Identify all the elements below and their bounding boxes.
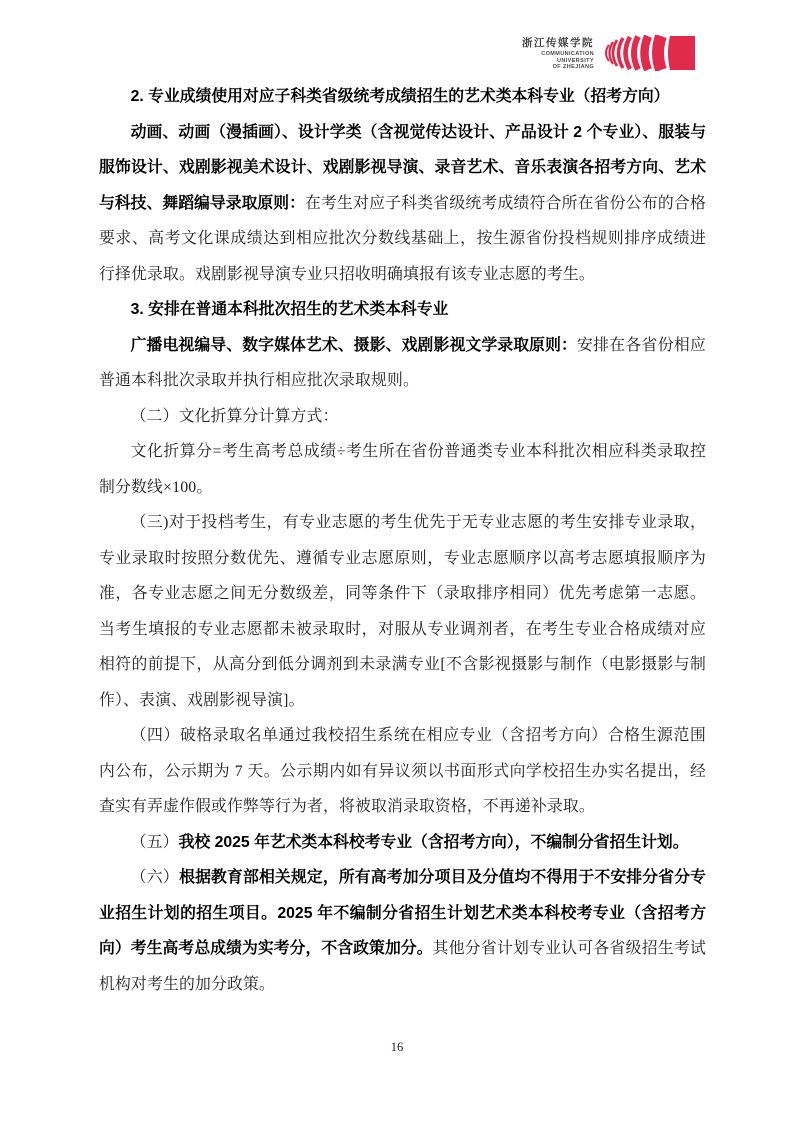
logo-en-line: COMMUNICATION — [541, 51, 594, 58]
text-segment: 2. 专业成绩使用对应子科类省级统考成绩招生的艺术类本科专业（招考方向） — [131, 88, 670, 105]
text-segment: （二）文化折算分计算方式： — [131, 408, 339, 425]
paragraph: （六）根据教育部相关规定，所有高考加分项目及分值均不得用于不安排分省分专业招生计… — [99, 860, 706, 1002]
paragraph: （五）我校 2025 年艺术类本科校考专业（含招考方向），不编制分省招生计划。 — [99, 825, 706, 861]
text-segment: 广播电视编导、数字媒体艺术、摄影、戏剧影视文学录取原则： — [131, 337, 577, 354]
text-segment: （五） — [131, 834, 179, 851]
page-number: 16 — [391, 1040, 404, 1054]
logo-text-block: 浙江传媒学院 COMMUNICATIONUNIVERSITYOF ZHEJIAN… — [522, 35, 594, 71]
university-logo: 浙江传媒学院 COMMUNICATIONUNIVERSITYOF ZHEJIAN… — [522, 35, 695, 71]
paragraph: 广播电视编导、数字媒体艺术、摄影、戏剧影视文学录取原则：安排在各省份相应普通本科… — [99, 328, 706, 399]
logo-cn-name: 浙江传媒学院 — [522, 35, 594, 50]
paragraph: 动画、动画（漫插画）、设计学类（含视觉传达设计、产品设计 2 个专业）、服装与服… — [99, 115, 706, 293]
text-segment: （六） — [131, 869, 180, 886]
text-segment: 文化折算分=考生高考总成绩÷考生所在省份普通类专业本科批次相应科类录取控制分数线… — [99, 443, 706, 496]
logo-en-name: COMMUNICATIONUNIVERSITYOF ZHEJIANG — [541, 51, 594, 71]
paragraph: 3. 安排在普通本科批次招生的艺术类本科专业 — [99, 292, 706, 328]
document-body: 2. 专业成绩使用对应子科类省级统考成绩招生的艺术类本科专业（招考方向）动画、动… — [99, 79, 706, 1002]
logo-en-line: OF ZHEJIANG — [541, 64, 594, 71]
paragraph: 2. 专业成绩使用对应子科类省级统考成绩招生的艺术类本科专业（招考方向） — [99, 79, 706, 115]
paragraph: （四）破格录取名单通过我校招生系统在相应专业（含招考方向）合格生源范围内公布，公… — [99, 718, 706, 825]
paragraph: （二）文化折算分计算方式： — [99, 399, 706, 435]
paragraph: （三)对于投档考生，有专业志愿的考生优先于无专业志愿的考生安排专业录取，专业录取… — [99, 505, 706, 718]
document-page: 浙江传媒学院 COMMUNICATIONUNIVERSITYOF ZHEJIAN… — [0, 0, 794, 1123]
text-segment: 我校 2025 年艺术类本科校考专业（含招考方向），不编制分省招生计划。 — [179, 834, 689, 851]
paragraph: 文化折算分=考生高考总成绩÷考生所在省份普通类专业本科批次相应科类录取控制分数线… — [99, 434, 706, 505]
text-segment: （四）破格录取名单通过我校招生系统在相应专业（含招考方向）合格生源范围内公布，公… — [99, 727, 706, 815]
logo-mark-icon — [598, 35, 695, 71]
text-segment: 3. 安排在普通本科批次招生的艺术类本科专业 — [131, 301, 449, 318]
page-footer: 16 — [0, 1038, 794, 1056]
text-segment: （三)对于投档考生，有专业志愿的考生优先于无专业志愿的考生安排专业录取，专业录取… — [99, 514, 706, 709]
